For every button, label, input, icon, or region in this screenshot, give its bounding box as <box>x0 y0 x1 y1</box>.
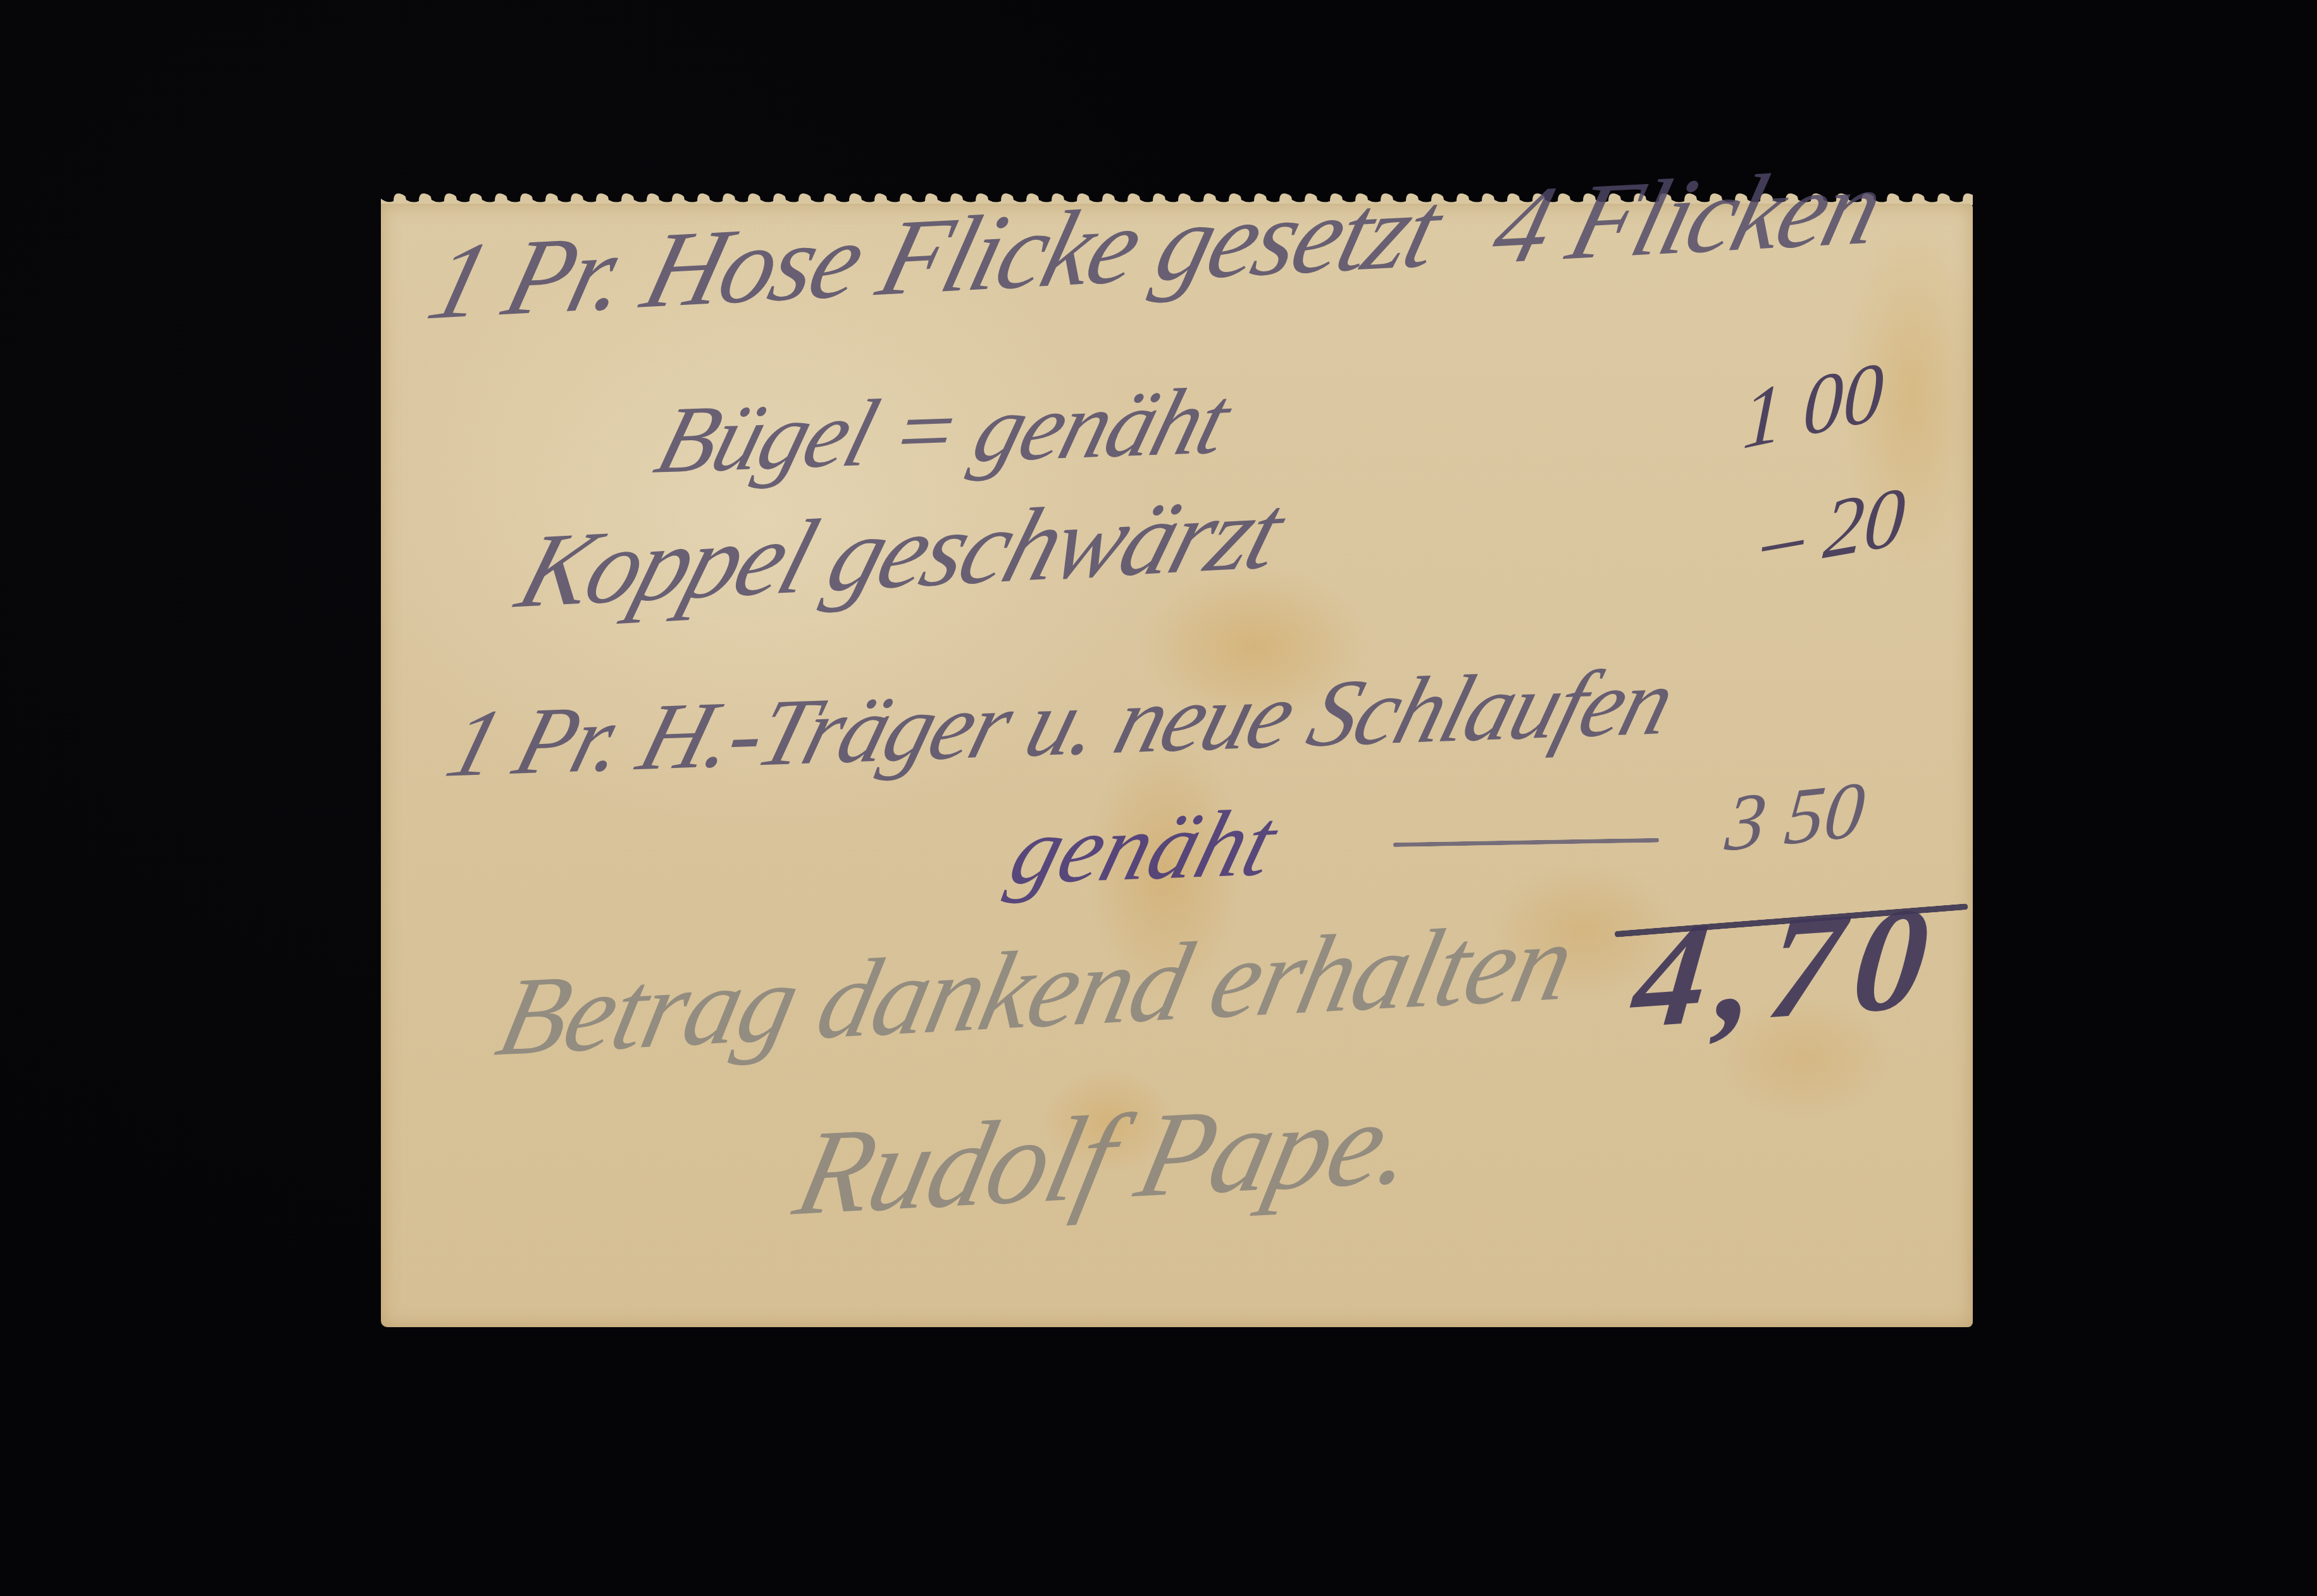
receipt-acknowledgement: Betrag dankend erhalten <box>488 905 1582 1073</box>
item-3-amount: – 20 <box>1760 474 1908 583</box>
item-line-5: genäht <box>1001 795 1286 900</box>
item-2-description: Bügel = genäht <box>645 368 1240 493</box>
item-5-amount: 3 50 <box>1722 770 1868 865</box>
item-2-amount: 1 00 <box>1741 349 1885 463</box>
item-line-3: Koppel geschwärzt <box>507 479 1293 624</box>
item-5-description: genäht <box>1000 789 1288 905</box>
item-4-description: 1 Pr. H.-Träger u. neue Schlaufen <box>437 648 1685 797</box>
item-5-dash <box>1393 838 1659 847</box>
receipt-card: 1 Pr. Hose Flicke gesetzt 4 Flicken Büge… <box>381 204 1973 1327</box>
item-line-2: Bügel = genäht <box>647 373 1238 488</box>
item-line-4: 1 Pr. H.-Träger u. neue Schlaufen <box>438 653 1683 792</box>
item-3-description: Koppel geschwärzt <box>506 473 1295 631</box>
total-amount: 4,70 <box>1627 883 1947 1051</box>
signature: Rudolf Pape. <box>786 1081 1426 1235</box>
item-1-note: 4 Flicken <box>1481 146 1894 287</box>
